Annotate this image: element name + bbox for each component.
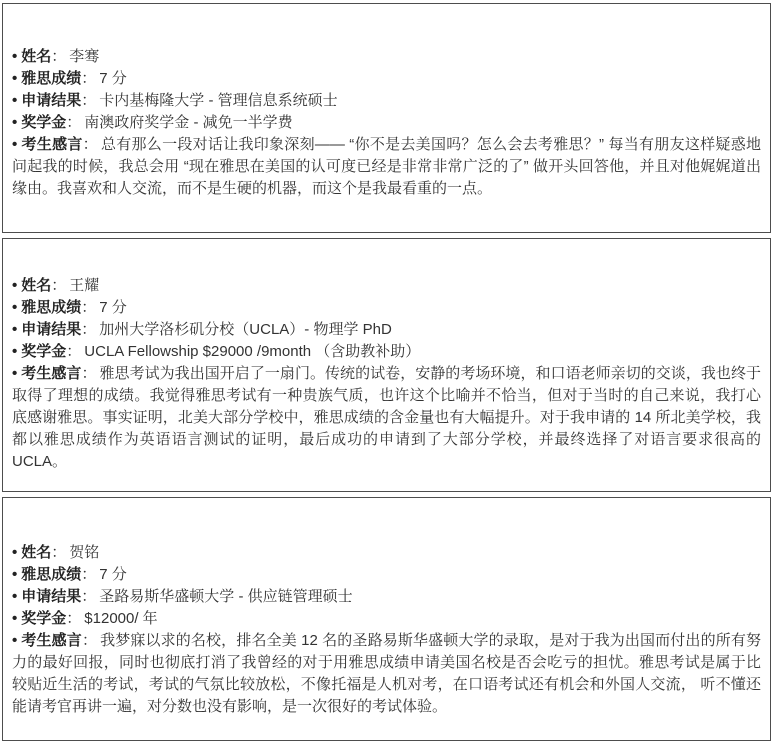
bullet-marker: • [12,632,17,649]
bullet-marker: • [12,299,17,316]
field-ielts-score-label: 雅思成绩 [21,70,81,87]
field-scholarship-value: UCLA Fellowship $29000 /9month （含助教补助） [84,343,420,360]
field-scholarship-label: 奖学金 [21,114,66,131]
field-scholarship-value: $12000/ 年 [84,610,157,627]
field-application-result-value: 加州大学洛杉矶分校（UCLA）- 物理学 PhD [99,321,392,338]
field-application-result-value: 圣路易斯华盛顿大学 - 供应链管理硕士 [99,588,352,605]
label-separator: ： [81,92,96,109]
label-separator: ： [51,277,66,294]
field-application-result: •申请结果：加州大学洛杉矶分校（UCLA）- 物理学 PhD [12,319,761,341]
field-application-result-value: 卡内基梅隆大学 - 管理信息系统硕士 [99,92,337,109]
field-testimonial-label: 考生感言 [21,365,81,382]
field-scholarship-label: 奖学金 [21,343,66,360]
bullet-marker: • [12,588,17,605]
field-ielts-score-value: 7 分 [99,70,127,87]
field-name-label: 姓名 [21,277,51,294]
field-name-label: 姓名 [21,48,51,65]
label-separator: ： [66,114,81,131]
label-separator: ： [81,70,96,87]
candidate-card-3: •姓名：贺铭 •雅思成绩：7 分 •申请结果：圣路易斯华盛顿大学 - 供应链管理… [2,497,771,741]
bullet-marker: • [12,321,17,338]
label-separator: ： [82,632,97,649]
field-testimonial-label: 考生感言 [21,136,82,153]
field-testimonial: •考生感言：总有那么一段对话让我印象深刻—— “你不是去美国吗？怎么会去考雅思？… [12,134,761,200]
field-scholarship-label: 奖学金 [21,610,66,627]
field-ielts-score-label: 雅思成绩 [21,299,81,316]
label-separator: ： [81,566,96,583]
field-scholarship: •奖学金：$12000/ 年 [12,608,761,630]
candidate-card-2: •姓名：王耀 •雅思成绩：7 分 •申请结果：加州大学洛杉矶分校（UCLA）- … [2,238,771,492]
field-testimonial-value: 雅思考试为我出国开启了一扇门。传统的试卷，安静的考场环境，和口语老师亲切的交谈，… [12,365,761,470]
field-application-result-label: 申请结果 [21,92,81,109]
bullet-marker: • [12,277,17,294]
label-separator: ： [81,299,96,316]
field-name-label: 姓名 [21,544,51,561]
label-separator: ： [51,48,66,65]
field-ielts-score: •雅思成绩：7 分 [12,297,761,319]
field-scholarship-value: 南澳政府奖学金 - 减免一半学费 [84,114,292,131]
bullet-marker: • [12,70,17,87]
field-testimonial-value: 总有那么一段对话让我印象深刻—— “你不是去美国吗？怎么会去考雅思？” 每当有朋… [12,136,761,197]
field-name: •姓名：贺铭 [12,542,761,564]
field-testimonial-value: 我梦寐以求的名校，排名全美 12 名的圣路易斯华盛顿大学的录取，是对于我为出国而… [12,632,761,715]
field-application-result-label: 申请结果 [21,321,81,338]
label-separator: ： [66,343,81,360]
label-separator: ： [81,588,96,605]
bullet-marker: • [12,48,17,65]
field-scholarship: •奖学金：UCLA Fellowship $29000 /9month （含助教… [12,341,761,363]
field-testimonial: •考生感言：我梦寐以求的名校，排名全美 12 名的圣路易斯华盛顿大学的录取，是对… [12,630,761,718]
field-name-value: 王耀 [69,277,99,294]
label-separator: ： [81,321,96,338]
bullet-marker: • [12,544,17,561]
bullet-marker: • [12,610,17,627]
field-application-result: •申请结果：卡内基梅隆大学 - 管理信息系统硕士 [12,90,761,112]
field-name-value: 贺铭 [69,544,99,561]
field-ielts-score-value: 7 分 [99,566,127,583]
bullet-marker: • [12,343,17,360]
label-separator: ： [51,544,66,561]
field-scholarship: •奖学金：南澳政府奖学金 - 减免一半学费 [12,112,761,134]
bullet-marker: • [12,136,17,153]
field-application-result: •申请结果：圣路易斯华盛顿大学 - 供应链管理硕士 [12,586,761,608]
field-testimonial: •考生感言：雅思考试为我出国开启了一扇门。传统的试卷，安静的考场环境，和口语老师… [12,363,761,473]
field-name: •姓名：王耀 [12,275,761,297]
bullet-marker: • [12,566,17,583]
field-testimonial-label: 考生感言 [21,632,82,649]
field-ielts-score: •雅思成绩：7 分 [12,564,761,586]
field-ielts-score-value: 7 分 [99,299,127,316]
field-name: •姓名：李骞 [12,46,761,68]
candidate-card-1: •姓名：李骞 •雅思成绩：7 分 •申请结果：卡内基梅隆大学 - 管理信息系统硕… [2,3,771,233]
bullet-marker: • [12,92,17,109]
testimonial-page: •姓名：李骞 •雅思成绩：7 分 •申请结果：卡内基梅隆大学 - 管理信息系统硕… [0,0,773,748]
bullet-marker: • [12,114,17,131]
field-application-result-label: 申请结果 [21,588,81,605]
label-separator: ： [81,365,96,382]
label-separator: ： [66,610,81,627]
field-ielts-score-label: 雅思成绩 [21,566,81,583]
bullet-marker: • [12,365,17,382]
field-ielts-score: •雅思成绩：7 分 [12,68,761,90]
label-separator: ： [83,136,98,153]
field-name-value: 李骞 [69,48,99,65]
